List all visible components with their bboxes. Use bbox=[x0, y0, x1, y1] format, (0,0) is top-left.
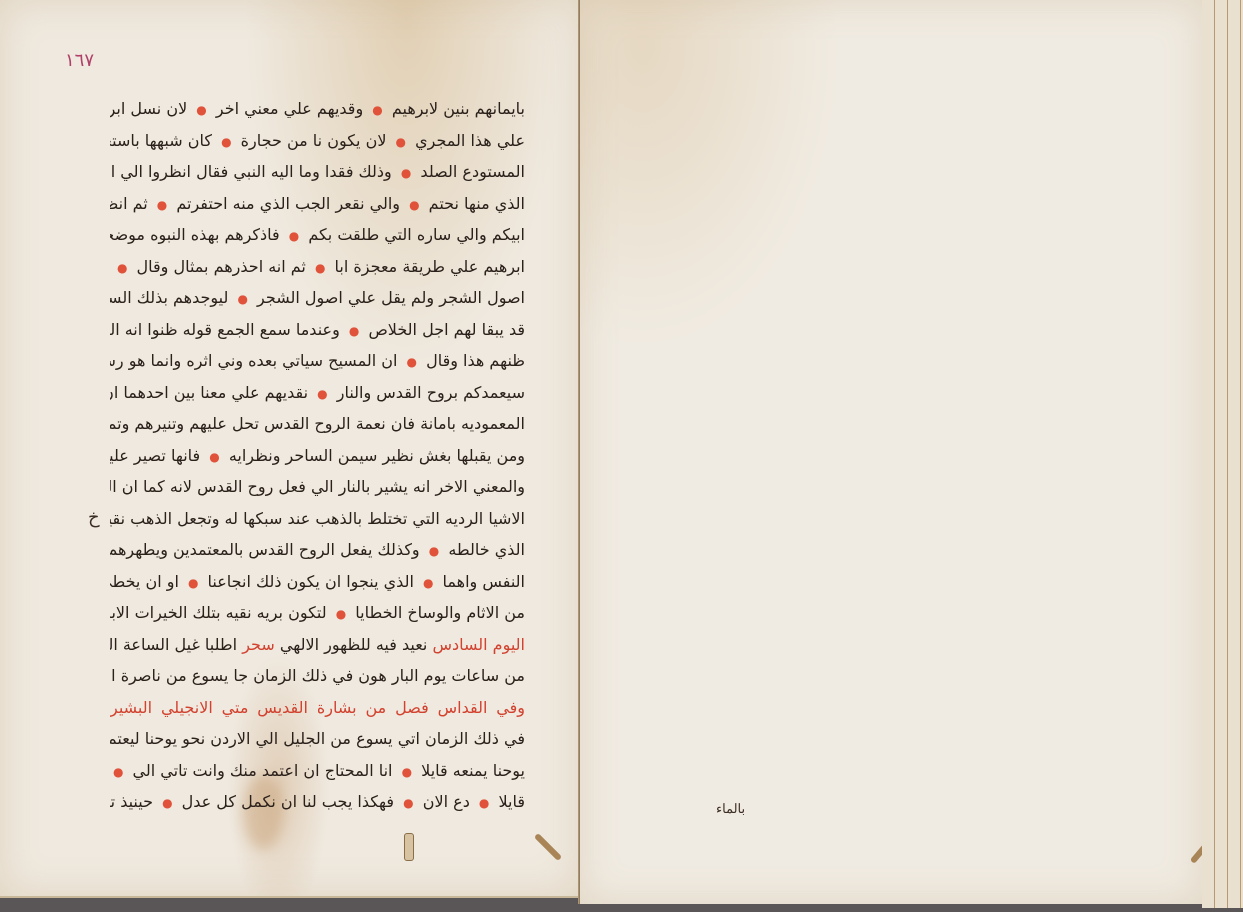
rubric-text: سحر bbox=[242, 635, 275, 654]
text-segment: اليوم السادس نعيد فيه للظهور الالهي سحر … bbox=[110, 635, 525, 654]
catchword: بالماء bbox=[716, 802, 745, 817]
text-segment: لان نسل ابرهيم من ابتداه قد جري bbox=[110, 99, 192, 118]
rubric-text: اليوم السادس bbox=[432, 635, 525, 654]
manuscript-spread: ١٦٧ خ بايمانهم بنين لابرهيم ● وقديهم علي… bbox=[0, 0, 1243, 912]
left-text-block: بايمانهم بنين لابرهيم ● وقديهم علي معني … bbox=[110, 93, 525, 818]
text-segment: فهكذا يجب لنا ان نكمل كل عدل bbox=[177, 792, 400, 811]
text-segment: حينيذ تركه bbox=[110, 792, 158, 811]
verse-separator-dot: ● bbox=[217, 135, 235, 149]
text-segment: او ان يخطي بتطهير النفس bbox=[110, 572, 184, 591]
text-line: من ساعات يوم البار هون في ذلك الزمان جا … bbox=[110, 660, 525, 692]
text-line: ابرهيم علي طريقة معجزة ابا ● ثم انه احذر… bbox=[110, 251, 525, 283]
text-segment: وفي القداس فصل من بشارة القديس متي الانج… bbox=[110, 698, 525, 717]
text-segment: نقديهم علي معنا بين احدهما ان الذين يقبل… bbox=[110, 383, 313, 402]
bookmark-strip bbox=[534, 833, 562, 861]
text-segment: ان المسيح سياتي بعده وني اثره وانما هو ر… bbox=[110, 351, 403, 370]
text-segment: بايمانهم بنين لابرهيم bbox=[387, 99, 525, 118]
text-segment: قايلا bbox=[493, 792, 525, 811]
text-segment: اطلبا غيل الساعة السادسه bbox=[110, 635, 242, 654]
text-line: وفي القداس فصل من بشارة القديس متي الانج… bbox=[110, 692, 525, 724]
text-line: الذي خالطه ● وكذلك يفعل الروح القدس بالم… bbox=[110, 534, 525, 566]
verse-separator-dot: ● bbox=[192, 103, 210, 117]
text-segment: يوحنا يمنعه قايلا bbox=[416, 761, 525, 780]
text-line: ظنهم هذا وقال ● ان المسيح سياتي بعده وني… bbox=[110, 345, 525, 377]
text-segment: نعيد فيه للظهور الالهي bbox=[275, 635, 433, 654]
verse-separator-dot: ● bbox=[332, 607, 350, 621]
verse-separator-dot: ● bbox=[184, 576, 202, 590]
text-segment: ثم انه احذرهم بمثال وقال bbox=[131, 257, 311, 276]
text-segment: المعموديه بامانة فان نعمة الروح القدس تح… bbox=[110, 414, 525, 433]
text-segment: الاشيا الرديه التي تختلط بالذهب عند سبكه… bbox=[110, 509, 525, 528]
text-segment: ظنهم هذا وقال bbox=[421, 351, 525, 370]
verse-separator-dot: ● bbox=[110, 765, 127, 779]
verse-separator-dot: ● bbox=[233, 292, 251, 306]
text-segment: قد يبقا لهم اجل الخلاص bbox=[363, 320, 525, 339]
text-line: سيعمدكم بروح القدس والنار ● نقديهم علي م… bbox=[110, 377, 525, 409]
text-line: بايمانهم بنين لابرهيم ● وقديهم علي معني … bbox=[110, 93, 525, 125]
paper-tab bbox=[404, 833, 414, 861]
rubric-text: وفي القداس فصل من بشارة القديس متي الانج… bbox=[110, 698, 525, 717]
text-line: اصول الشجر ولم يقل علي اصول الشجر ● ليوج… bbox=[110, 282, 525, 314]
verse-separator-dot: ● bbox=[399, 796, 417, 810]
text-segment: ليوجدهم بذلك السبيل الي التوبه bbox=[110, 288, 233, 307]
text-segment: وكذلك يفعل الروح القدس بالمعتمدين ويطهره… bbox=[110, 540, 425, 559]
verse-separator-dot: ● bbox=[419, 576, 437, 590]
text-line: في ذلك الزمان اتي يسوع من الجليل الي الا… bbox=[110, 723, 525, 755]
verse-separator-dot: ● bbox=[392, 135, 410, 149]
text-line: الذي منها نحتم ● والي نقعر الجب الذي منه… bbox=[110, 188, 525, 220]
text-segment: ابيكم والي ساره التي طلقت بكم bbox=[303, 225, 525, 244]
verse-separator-dot: ● bbox=[345, 324, 363, 338]
text-segment: دع الان bbox=[418, 792, 475, 811]
verse-separator-dot: ● bbox=[113, 261, 131, 275]
verse-separator-dot: ● bbox=[425, 544, 443, 558]
text-line: من الاثام والوساخ الخطايا ● لتكون بريه ن… bbox=[110, 597, 525, 629]
text-segment: كان شبهها باستخراج صبي من ذلك bbox=[110, 131, 217, 150]
text-segment: النفس واهما bbox=[437, 572, 525, 591]
text-line: يوحنا يمنعه قايلا ● انا المحتاج ان اعتمد… bbox=[110, 755, 525, 787]
text-segment: علي هذا المجري bbox=[410, 131, 525, 150]
text-segment: من ساعات يوم البار هون في ذلك الزمان جا … bbox=[110, 666, 525, 685]
verse-separator-dot: ● bbox=[405, 198, 423, 212]
text-segment: الذي خالطه bbox=[443, 540, 525, 559]
verse-separator-dot: ● bbox=[398, 765, 416, 779]
verse-separator-dot: ● bbox=[158, 796, 176, 810]
verse-separator-dot: ● bbox=[313, 387, 331, 401]
text-segment: اصول الشجر ولم يقل علي اصول الشجر bbox=[252, 288, 525, 307]
verse-separator-dot: ● bbox=[397, 166, 415, 180]
text-line: الاشيا الرديه التي تختلط بالذهب عند سبكه… bbox=[110, 503, 525, 535]
text-segment: فاذكرهم بهذه النبوه موضحا انه من ابتداهم… bbox=[110, 225, 285, 244]
text-line: النفس واهما ● الذي ينجوا ان يكون ذلك انج… bbox=[110, 566, 525, 598]
text-segment: فانها تصير عليهم نار موبده bbox=[110, 446, 205, 465]
text-line: اليوم السادس نعيد فيه للظهور الالهي سحر … bbox=[110, 629, 525, 661]
text-segment: ومن يقبلها بغش نظير سيمن الساحر ونظرايه bbox=[224, 446, 525, 465]
text-segment: والي نقعر الجب الذي منه احتفرتم bbox=[171, 194, 405, 213]
text-line: المستودع الصلد ● وذلك فقدا وما اليه النب… bbox=[110, 156, 525, 188]
verse-separator-dot: ● bbox=[311, 261, 329, 275]
text-line: والمعني الاخر انه يشير بالنار الي فعل رو… bbox=[110, 471, 525, 503]
verse-separator-dot: ● bbox=[205, 450, 223, 464]
right-page: وكان يعظ الشعب ويبشرهم باشيا كثيره قال ا… bbox=[580, 0, 1202, 904]
text-segment: من الاثام والوساخ الخطايا bbox=[350, 603, 525, 622]
text-segment: لان يكون نا من حجارة bbox=[236, 131, 392, 150]
text-segment: سيعمدكم بروح القدس والنار bbox=[332, 383, 525, 402]
verse-separator-dot: ● bbox=[475, 796, 493, 810]
left-page: ١٦٧ خ بايمانهم بنين لابرهيم ● وقديهم علي… bbox=[0, 0, 580, 898]
text-segment: والمعني الاخر انه يشير بالنار الي فعل رو… bbox=[110, 477, 525, 496]
text-line: علي هذا المجري ● لان يكون نا من حجارة ● … bbox=[110, 125, 525, 157]
text-segment: وقديهم علي معني اخر bbox=[211, 99, 368, 118]
verse-separator-dot: ● bbox=[403, 355, 421, 369]
text-line: المعموديه بامانة فان نعمة الروح القدس تح… bbox=[110, 408, 525, 440]
text-line: قايلا ● دع الان ● فهكذا يجب لنا ان نكمل … bbox=[110, 786, 525, 818]
text-segment: المستودع الصلد bbox=[415, 162, 525, 181]
margin-note: خ bbox=[88, 507, 100, 528]
text-segment: في ذلك الزمان اتي يسوع من الجليل الي الا… bbox=[110, 729, 525, 748]
page-edges bbox=[1202, 0, 1243, 908]
text-segment: ابرهيم علي طريقة معجزة ابا bbox=[329, 257, 525, 276]
text-segment: وعندما سمع الجمع قوله ظنوا انه المسيح bbox=[110, 320, 345, 339]
text-segment: انا المحتاج ان اعتمد منك وانت تاتي الي bbox=[127, 761, 397, 780]
verse-separator-dot: ● bbox=[285, 229, 303, 243]
text-segment: الذي ينجوا ان يكون ذلك انجاعنا bbox=[202, 572, 419, 591]
folio-number: ١٦٧ bbox=[65, 50, 94, 71]
text-segment: ثم انظروا الي ابرهيم bbox=[110, 194, 153, 213]
text-segment: وذلك فقدا وما اليه النبي فقال انظروا الي… bbox=[110, 162, 397, 181]
verse-separator-dot: ● bbox=[153, 198, 171, 212]
text-segment: الذي منها نحتم bbox=[424, 194, 525, 213]
text-segment: لتكون بريه نقيه بتلك الخيرات الابديه وال… bbox=[110, 603, 332, 622]
text-line: ابيكم والي ساره التي طلقت بكم ● فاذكرهم … bbox=[110, 219, 525, 251]
verse-separator-dot: ● bbox=[368, 103, 386, 117]
text-line: قد يبقا لهم اجل الخلاص ● وعندما سمع الجم… bbox=[110, 314, 525, 346]
text-line: ومن يقبلها بغش نظير سيمن الساحر ونظرايه … bbox=[110, 440, 525, 472]
